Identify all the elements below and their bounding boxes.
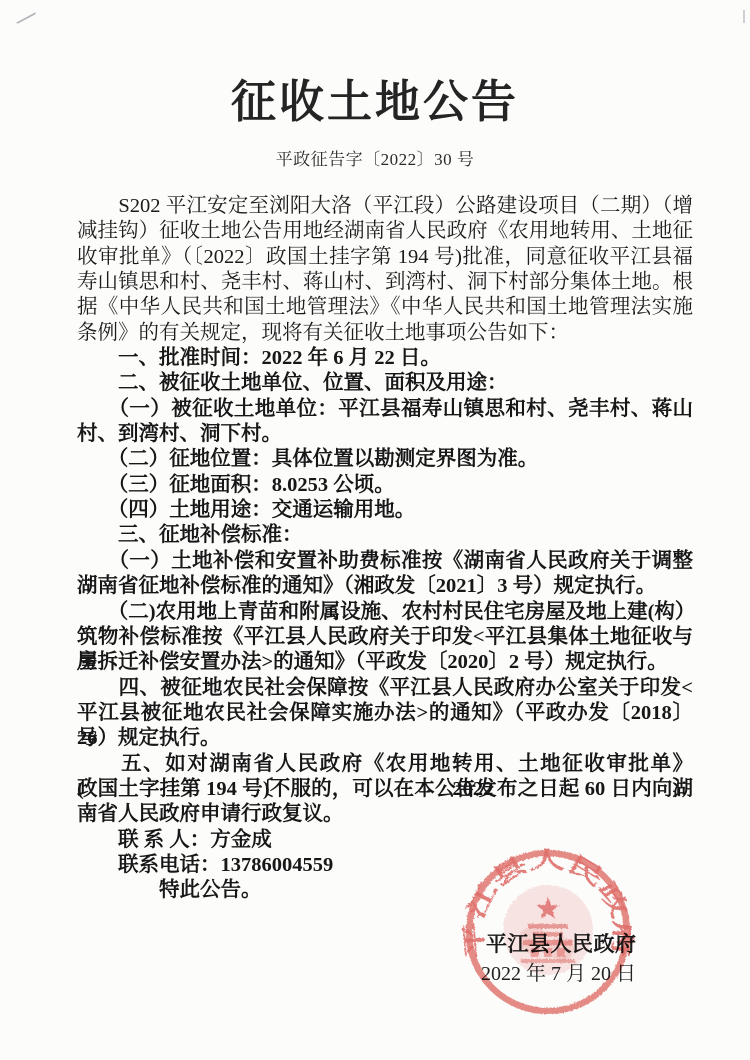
body-line: （二）征地位置：具体位置以勘测定界图为准。 bbox=[77, 447, 693, 472]
body-line: 湖南省征地补偿标准的通知》（湘政发〔2021〕3 号）规定执行。 bbox=[77, 574, 693, 599]
signature-issuer: 平江县人民政府 bbox=[486, 928, 716, 958]
signature-date: 2022 年 7 月 20 日 bbox=[481, 957, 711, 986]
body-line: 号）规定执行。 bbox=[77, 726, 693, 751]
body-line: 五、如对湖南省人民政府《农用地转用、土地征收审批单》(〔2022〕 bbox=[77, 752, 693, 777]
body-line: （一）土地补偿和安置补助费标准按《湖南省人民政府关于调整 bbox=[77, 549, 693, 574]
document-number: 平政征告字〔2022〕30 号 bbox=[0, 145, 750, 170]
contact-phone-line: 联系电话：13786004559 bbox=[77, 853, 693, 878]
body-line: 条例》的有关规定，现将有关征收土地事项公告如下： bbox=[77, 321, 693, 346]
body-line: 筑物补偿标准按《平江县人民政府关于印发<平江县集体土地征收与房 bbox=[77, 625, 693, 650]
body-line: 屋拆迁补偿安置办法>的通知》（平政发〔2020〕2 号）规定执行。 bbox=[77, 650, 693, 675]
body-line: 南省人民政府申请行政复议。 bbox=[77, 802, 693, 827]
scan-smudge-top-left bbox=[10, 0, 37, 24]
body-line: 平江县被征地农民社会保障实施办法>的通知》（平政办发〔2018〕26 bbox=[77, 701, 693, 726]
body-line: 收审批单》（〔2022〕政国土挂字第 194 号)批准，同意征收平江县福 bbox=[77, 245, 693, 270]
body-line: 二、被征收土地单位、位置、面积及用途： bbox=[77, 371, 693, 396]
announcement-body: S202 平江安定至浏阳大洛（平江段）公路建设项目（二期）（增 减挂钩）征收土地… bbox=[77, 194, 693, 904]
body-line: 村、到湾村、洞下村。 bbox=[77, 422, 693, 447]
body-line: 据《中华人民共和国土地管理法》《中华人民共和国土地管理法实施 bbox=[77, 295, 693, 320]
body-line: （三）征地面积：8.0253 公顷。 bbox=[77, 473, 693, 498]
scan-smudge-top-right bbox=[743, 10, 745, 23]
body-line: （二)农用地上青苗和附属设施、农村村民住宅房屋及地上建(构） bbox=[77, 600, 693, 625]
body-line: 三、征地补偿标准： bbox=[77, 523, 693, 548]
body-line: 政国土字挂第 194 号)不服的，可以在本公告发布之日起 60 日内向湖 bbox=[77, 777, 693, 802]
contact-person-line: 联 系 人：方金成 bbox=[77, 828, 693, 853]
body-line: （一）被征收土地单位：平江县福寿山镇思和村、尧丰村、蒋山 bbox=[77, 397, 693, 422]
closing-line: 特此公告。 bbox=[77, 878, 693, 903]
announcement-title: 征收土地公告 bbox=[0, 74, 750, 130]
document-page: { "document": { "title": "征收土地公告", "doc_… bbox=[0, 0, 750, 1060]
body-line: 四、被征地农民社会保障按《平江县人民政府办公室关于印发< bbox=[77, 676, 693, 701]
body-line: （四）土地用途：交通运输用地。 bbox=[77, 498, 693, 523]
body-line: 一、批准时间：2022 年 6 月 22 日。 bbox=[77, 346, 693, 371]
body-line: 寿山镇思和村、尧丰村、蒋山村、到湾村、洞下村部分集体土地。根 bbox=[77, 270, 693, 295]
body-line: S202 平江安定至浏阳大洛（平江段）公路建设项目（二期）（增 bbox=[77, 194, 693, 219]
body-line: 减挂钩）征收土地公告用地经湖南省人民政府《农用地转用、土地征 bbox=[77, 219, 693, 244]
